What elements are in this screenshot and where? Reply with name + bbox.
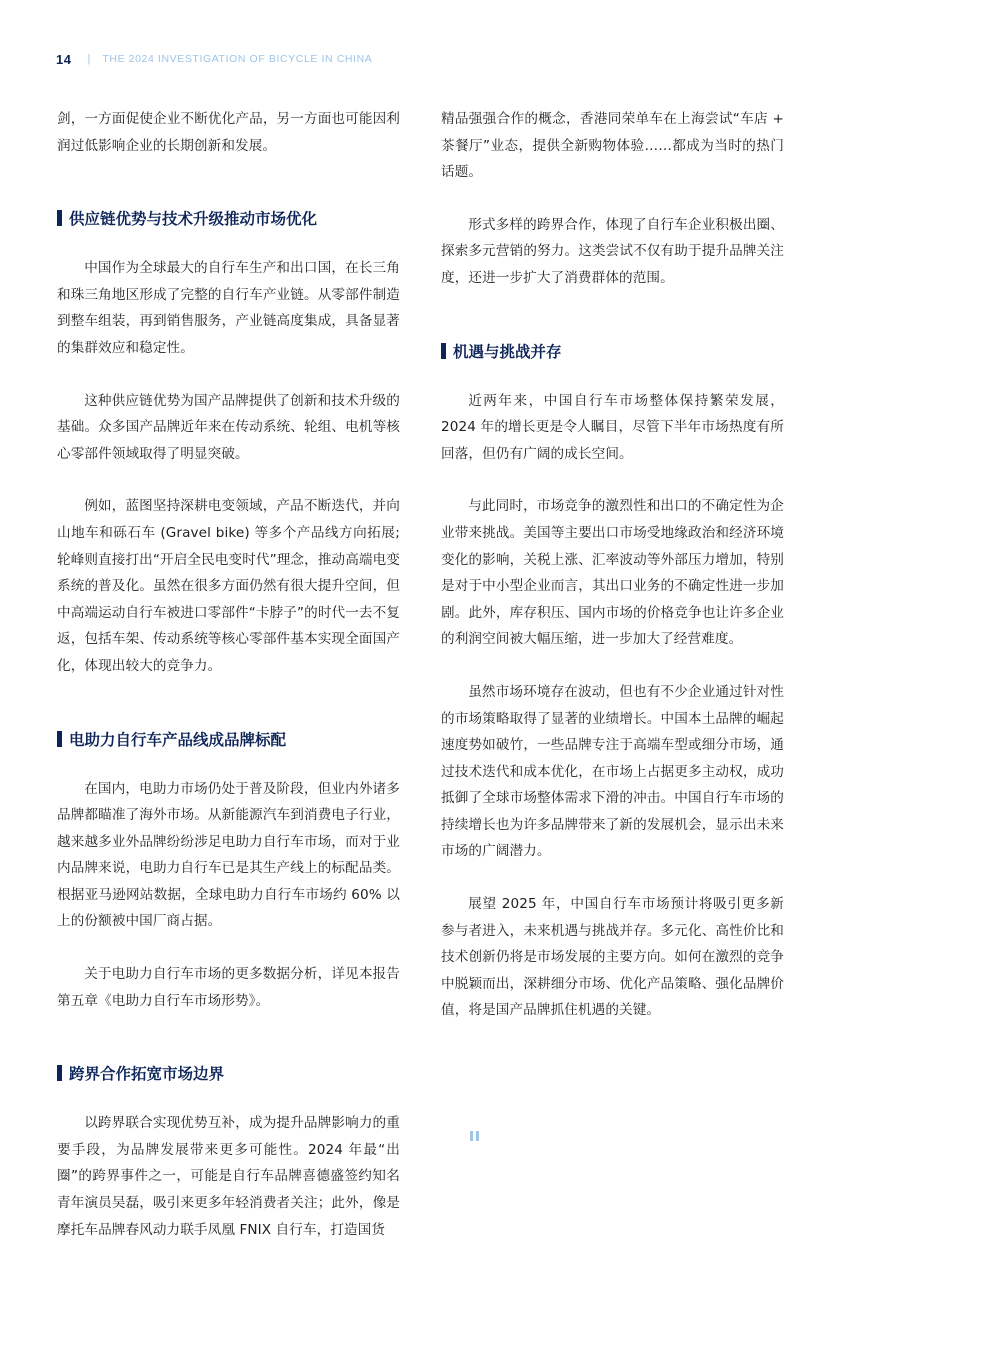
page-number: 14 [56, 52, 71, 67]
continuation-paragraph: 精品强强合作的概念，香港同荣单车在上海尝试“车店 + 茶餐厅”业态，提供全新购物… [441, 106, 784, 186]
section-heading-text: 跨界合作拓宽市场边界 [69, 1062, 224, 1084]
heading-bar-icon [57, 731, 62, 747]
body-paragraph: 虽然市场环境存在波动，但也有不少企业通过针对性的市场策略取得了显著的业绩增长。中… [441, 679, 784, 865]
section-heading-ebike: 电助力自行车产品线成品牌标配 [57, 728, 400, 750]
quote-mark-bar [476, 1131, 479, 1141]
body-paragraph: 关于电助力自行车市场的更多数据分析，详见本报告第五章《电助力自行车市场形势》。 [57, 961, 400, 1014]
body-paragraph: 近两年来，中国自行车市场整体保持繁荣发展，2024 年的增长更是令人瞩目，尽管下… [441, 388, 784, 468]
body-paragraph: 形式多样的跨界合作，体现了自行车企业积极出圈、探索多元营销的努力。这类尝试不仅有… [441, 212, 784, 292]
intro-paragraph: 剑，一方面促使企业不断优化产品，另一方面也可能因利润过低影响企业的长期创新和发展… [57, 106, 400, 159]
page-header: 14 | THE 2024 INVESTIGATION OF BICYCLE I… [56, 51, 372, 67]
heading-bar-icon [441, 343, 446, 359]
section-heading-opportunities: 机遇与挑战并存 [441, 340, 784, 362]
body-paragraph: 与此同时，市场竞争的激烈性和出口的不确定性为企业带来挑战。美国等主要出口市场受地… [441, 493, 784, 653]
body-paragraph: 例如，蓝图坚持深耕电变领域，产品不断迭代，并向山地车和砾石车 (Gravel b… [57, 493, 400, 679]
section-heading-crossover: 跨界合作拓宽市场边界 [57, 1062, 400, 1084]
report-title: THE 2024 INVESTIGATION OF BICYCLE IN CHI… [102, 53, 372, 65]
section-heading-text: 机遇与挑战并存 [453, 340, 562, 362]
right-column: 精品强强合作的概念，香港同荣单车在上海尝试“车店 + 茶餐厅”业态，提供全新购物… [441, 106, 784, 1024]
body-paragraph: 以跨界联合实现优势互补，成为提升品牌影响力的重要手段，为品牌发展带来更多可能性。… [57, 1110, 400, 1243]
section-heading-supply-chain: 供应链优势与技术升级推动市场优化 [57, 207, 400, 229]
heading-bar-icon [57, 1065, 62, 1081]
quote-mark-bar [470, 1131, 473, 1141]
quote-mark-icon [470, 1131, 480, 1141]
header-separator: | [87, 53, 90, 65]
body-paragraph: 展望 2025 年，中国自行车市场预计将吸引更多新参与者进入，未来机遇与挑战并存… [441, 891, 784, 1024]
left-column: 剑，一方面促使企业不断优化产品，另一方面也可能因利润过低影响企业的长期创新和发展… [57, 106, 400, 1243]
body-paragraph: 这种供应链优势为国产品牌提供了创新和技术升级的基础。众多国产品牌近年来在传动系统… [57, 388, 400, 468]
heading-bar-icon [57, 210, 62, 226]
body-paragraph: 在国内，电助力市场仍处于普及阶段，但业内外诸多品牌都瞄准了海外市场。从新能源汽车… [57, 776, 400, 936]
body-paragraph: 中国作为全球最大的自行车生产和出口国，在长三角和珠三角地区形成了完整的自行车产业… [57, 255, 400, 361]
section-heading-text: 电助力自行车产品线成品牌标配 [69, 728, 286, 750]
section-heading-text: 供应链优势与技术升级推动市场优化 [69, 207, 317, 229]
